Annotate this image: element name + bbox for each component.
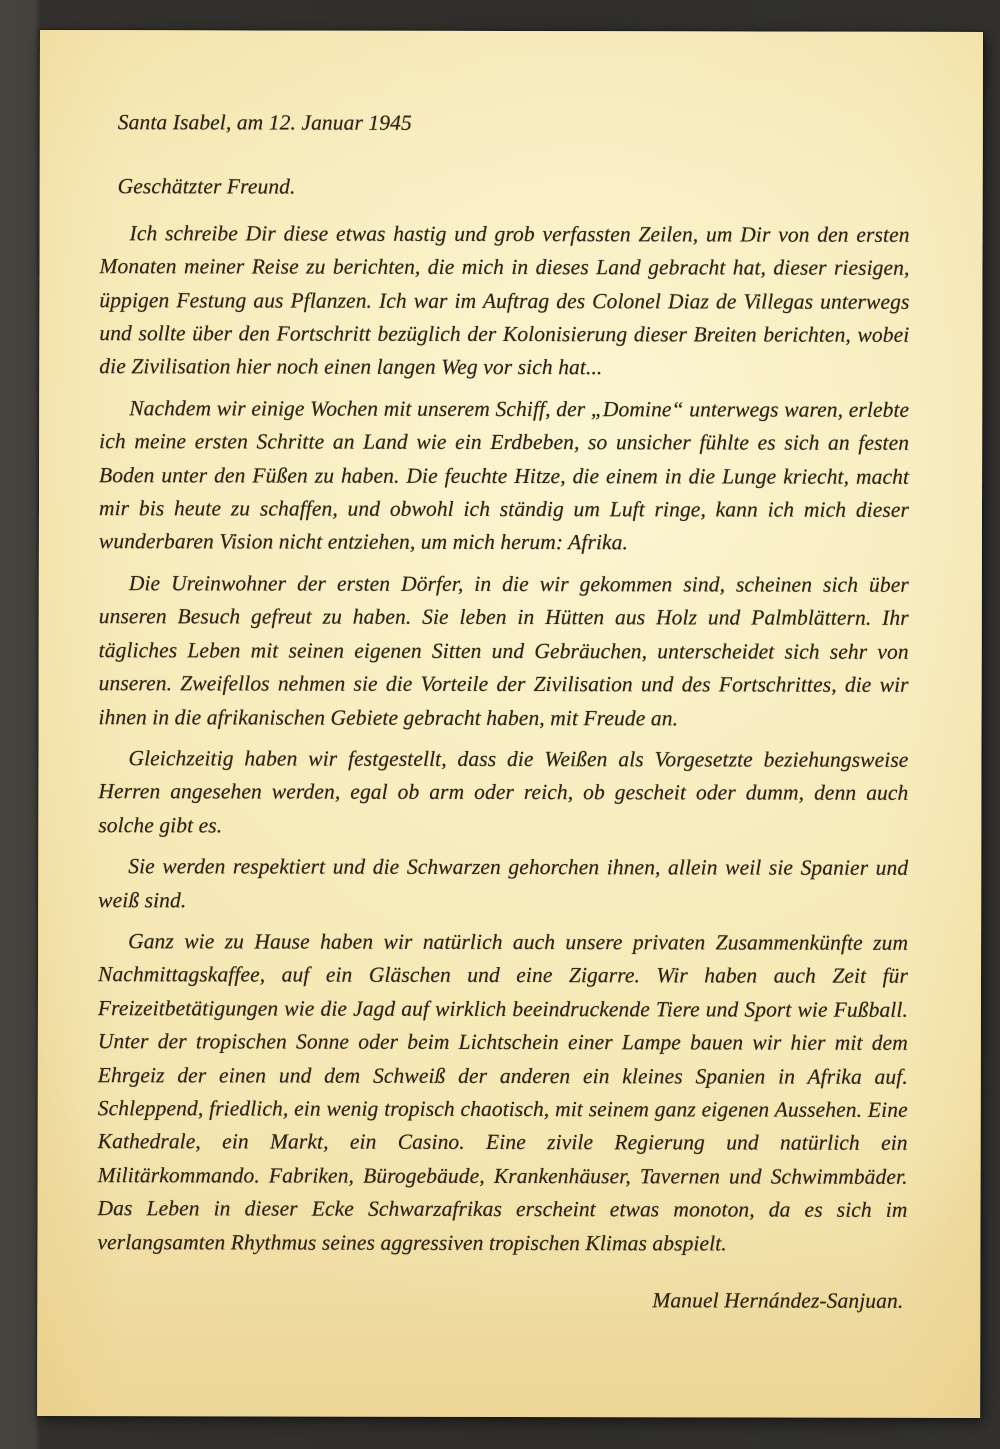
letter-paragraph-2: Nachdem wir einige Wochen mit unserem Sc… [99,392,909,561]
letter-body: Ich schreibe Dir diese etwas hastig und … [97,217,909,1261]
letter-paragraph-6: Ganz wie zu Hause haben wir natürlich au… [97,925,908,1261]
letter-paragraph-4: Gleichzeitig haben wir festgestellt, das… [98,742,908,844]
letter-signature: Manuel Hernández-Sanjuan. [97,1283,907,1318]
letter-dateline: Santa Isabel, am 12. Januar 1945 [118,106,910,141]
letter-paragraph-1: Ich schreibe Dir diese etwas hastig und … [99,217,909,386]
letter-paragraph-3: Die Ureinwohner der ersten Dörfer, in di… [99,567,909,736]
letter-paragraph-5: Sie werden respektiert und die Schwarzen… [98,850,908,919]
letter-page: Santa Isabel, am 12. Januar 1945 Geschät… [37,30,983,1418]
letter-salutation: Geschätzter Freund. [118,171,910,206]
